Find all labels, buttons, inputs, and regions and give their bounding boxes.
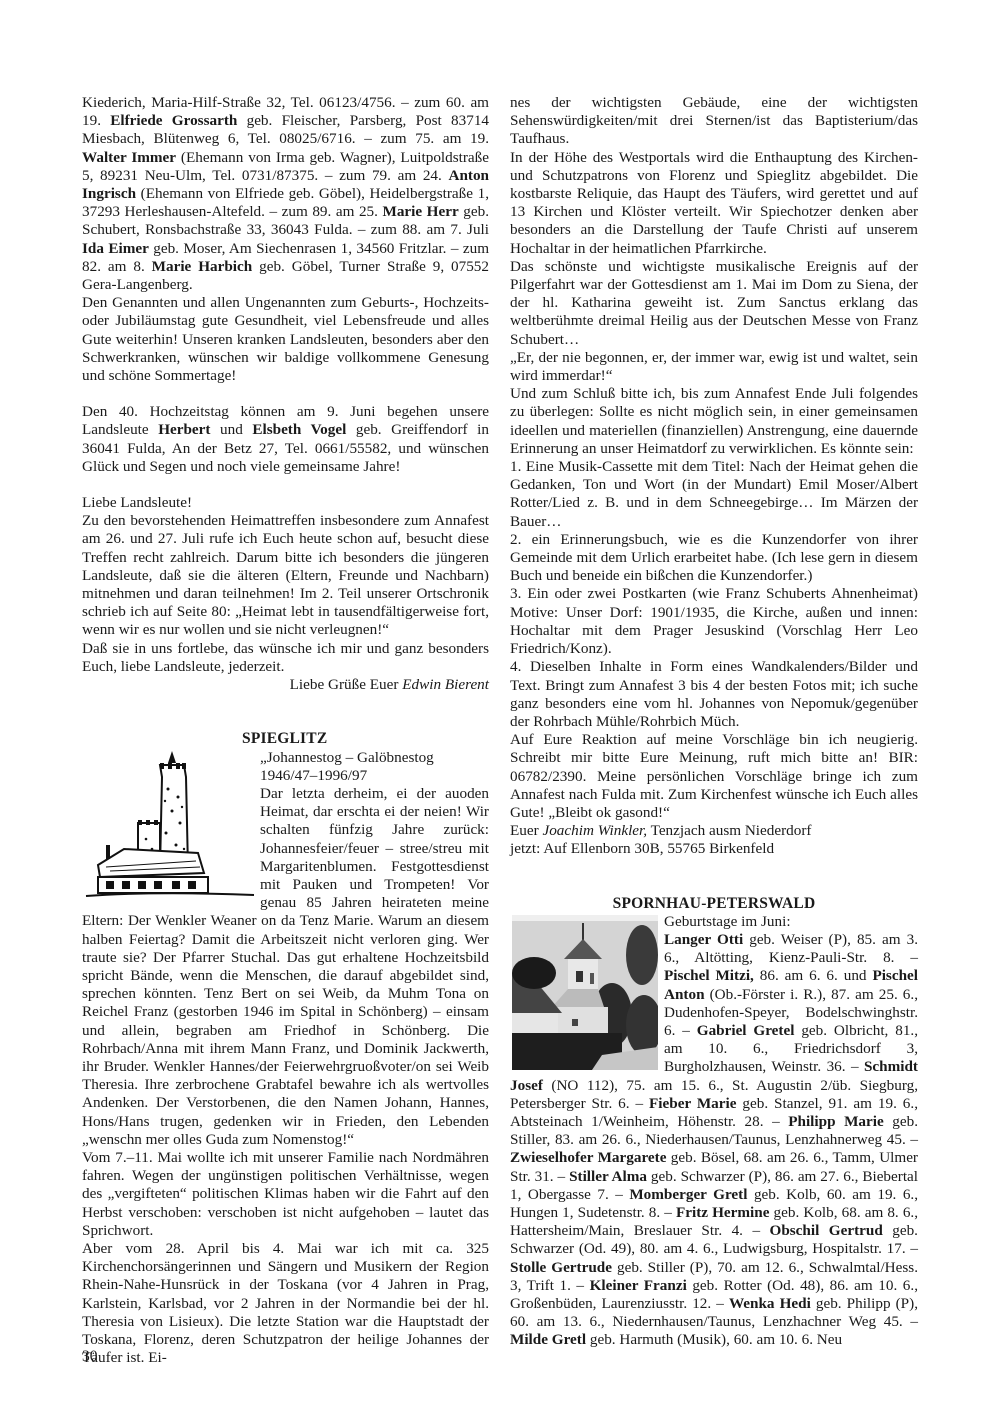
signature-name: Joachim Winkler, [542, 822, 647, 839]
reaction-paragraph: Auf Eure Reaktion auf meine Vorschläge b… [510, 731, 918, 822]
westportal-paragraph: In der Höhe des Westportals wird die Ent… [510, 149, 918, 258]
person-name: Momberger Gretl [629, 1186, 747, 1203]
spieglitz-paragraph-2: Vom 7.–11. Mai wollte ich mit unserer Fa… [82, 1149, 489, 1240]
siena-paragraph: Das schönste und wichtigste musikalische… [510, 258, 918, 349]
page-number: 30 [82, 1348, 98, 1366]
person-name: Marie Herr [383, 203, 459, 220]
section-title-spornhau: SPORNHAU-PETERSWALD [510, 895, 918, 913]
spieglitz-body: „Johannestog – Galöbnestog 1946/47–1996/… [82, 749, 489, 1368]
annafest-paragraph: Zu den bevorstehenden Heimattreffen insb… [82, 512, 489, 639]
person-name: Kleiner Franzi [590, 1277, 687, 1294]
proposal-item-2: 2. ein Erinnerungsbuch, wie es die Kunze… [510, 531, 918, 586]
text-run: 86. am 6. 6. und [754, 967, 873, 984]
person-name: Elfriede Grossarth [110, 112, 237, 129]
person-name: Pischel Mitzi, [664, 967, 754, 984]
person-name: Gabriel Gretel [697, 1022, 795, 1039]
person-name: Stolle Gertrude [510, 1259, 612, 1276]
person-name: Obschil Gertrud [770, 1222, 883, 1239]
closing-paragraph: Daß sie in uns fortlebe, das wünsche ich… [82, 640, 489, 676]
spornhau-body: Geburtstage im Juni: Langer Otti geb. We… [510, 913, 918, 1350]
document-page: Kiederich, Maria-Hilf-Straße 32, Tel. 06… [0, 0, 1000, 1412]
anniversary-paragraph: Den 40. Hochzeitstag können am 9. Juni b… [82, 403, 489, 476]
signature-address: jetzt: Auf Ellenborn 30B, 55765 Birkenfe… [510, 840, 918, 858]
proposal-intro-paragraph: Und zum Schluß bitte ich, bis zum Annafe… [510, 385, 918, 458]
wishes-paragraph: Den Genannten und allen Ungenannten zum … [82, 294, 489, 385]
church-photo-icon [512, 915, 658, 1070]
proposal-item-1: 1. Eine Musik-Cassette mit dem Titel: Na… [510, 458, 918, 531]
text-run: geb. Harmuth (Musik), 60. am 10. 6. Neu [586, 1331, 842, 1348]
person-name: Marie Harbich [152, 258, 253, 275]
person-name: Stiller Alma [569, 1168, 647, 1185]
proposal-item-3: 3. Ein oder zwei Postkarten (wie Franz S… [510, 585, 918, 658]
left-column: Kiederich, Maria-Hilf-Straße 32, Tel. 06… [82, 94, 489, 1367]
birthday-list-paragraph: Kiederich, Maria-Hilf-Straße 32, Tel. 06… [82, 94, 489, 294]
tower-illustration-icon [76, 749, 256, 899]
baptisterium-paragraph: nes der wichtigsten Gebäude, eine der wi… [510, 94, 918, 149]
text-run: und [210, 421, 252, 438]
signature: Euer Joachim Winkler, Tenzjach ausm Nied… [510, 822, 918, 840]
author-name: Edwin Bierent [402, 676, 489, 693]
spieglitz-paragraph-3: Aber vom 28. April bis 4. Mai war ich mi… [82, 1240, 489, 1367]
person-name: Elsbeth Vogel [252, 421, 346, 438]
person-name: Walter Immer [82, 149, 176, 166]
person-name: Zwieselhofer Margarete [510, 1149, 666, 1166]
person-name: Fieber Marie [649, 1095, 736, 1112]
person-name: Herbert [158, 421, 210, 438]
person-name: Wenka Hedi [729, 1295, 811, 1312]
person-name: Langer Otti [664, 931, 743, 948]
person-name: Philipp Marie [788, 1113, 883, 1130]
person-name: Ida Eimer [82, 240, 149, 257]
person-name: Milde Gretl [510, 1331, 586, 1348]
schubert-quote: „Er, der nie begonnen, er, der immer war… [510, 349, 918, 385]
person-name: Fritz Hermine [676, 1204, 769, 1221]
section-title-spieglitz: SPIEGLITZ [82, 730, 489, 748]
greeting: Liebe Landsleute! [82, 494, 489, 512]
right-column: nes der wichtigsten Gebäude, eine der wi… [510, 94, 918, 1350]
signoff: Liebe Grüße Euer Edwin Bierent [82, 676, 489, 694]
proposal-item-4: 4. Dieselben Inhalte in Form eines Wandk… [510, 658, 918, 731]
